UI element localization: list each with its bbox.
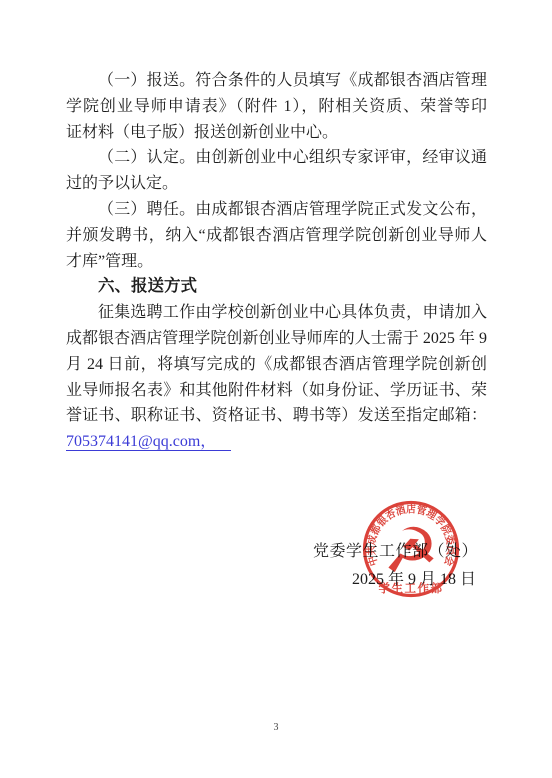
body-line: 并颁发聘书，纳入“成都银杏酒店管理学院创新创业导师人 bbox=[66, 223, 487, 249]
body-line: 才库”管理。 bbox=[66, 249, 487, 275]
body-line: 705374141@qq.com， bbox=[66, 429, 487, 455]
body-line: 誉证书、职称证书、资格证书、聘书等）发送至指定邮箱： bbox=[66, 403, 487, 429]
body-line: 成都银杏酒店管理学院创新创业导师库的人士需于 2025 年 9 bbox=[66, 326, 487, 352]
section-heading: 六、报送方式 bbox=[66, 274, 487, 300]
body-line: （一）报送。符合条件的人员填写《成都银杏酒店管理 bbox=[66, 68, 487, 94]
body-line: 征集选聘工作由学校创新创业中心具体负责，申请加入 bbox=[66, 300, 487, 326]
body-line: 业导师报名表》和其他附件材料（如身份证、学历证书、荣 bbox=[66, 378, 487, 404]
body-line: （三）聘任。由成都银杏酒店管理学院正式发文公布， bbox=[66, 197, 487, 223]
page-number: 3 bbox=[0, 722, 552, 733]
body-line: （二）认定。由创新创业中心组织专家评审，经审议通 bbox=[66, 145, 487, 171]
body-line: 过的予以认定。 bbox=[66, 171, 487, 197]
email-link[interactable]: 705374141@qq.com， bbox=[66, 433, 231, 451]
body-line: 月 24 日前，将填写完成的《成都银杏酒店管理学院创新创 bbox=[66, 352, 487, 378]
signature-date: 2025 年 9 月 18 日 bbox=[352, 566, 476, 589]
document-body: （一）报送。符合条件的人员填写《成都银杏酒店管理学院创业导师申请表》（附件 1）… bbox=[66, 68, 487, 455]
body-line: 证材料（电子版）报送创新创业中心。 bbox=[66, 120, 487, 146]
body-line: 学院创业导师申请表》（附件 1），附相关资质、荣誉等印 bbox=[66, 94, 487, 120]
document-page: （一）报送。符合条件的人员填写《成都银杏酒店管理学院创业导师申请表》（附件 1）… bbox=[0, 0, 552, 778]
signature-department: 党委学生工作部（处） bbox=[313, 538, 478, 561]
